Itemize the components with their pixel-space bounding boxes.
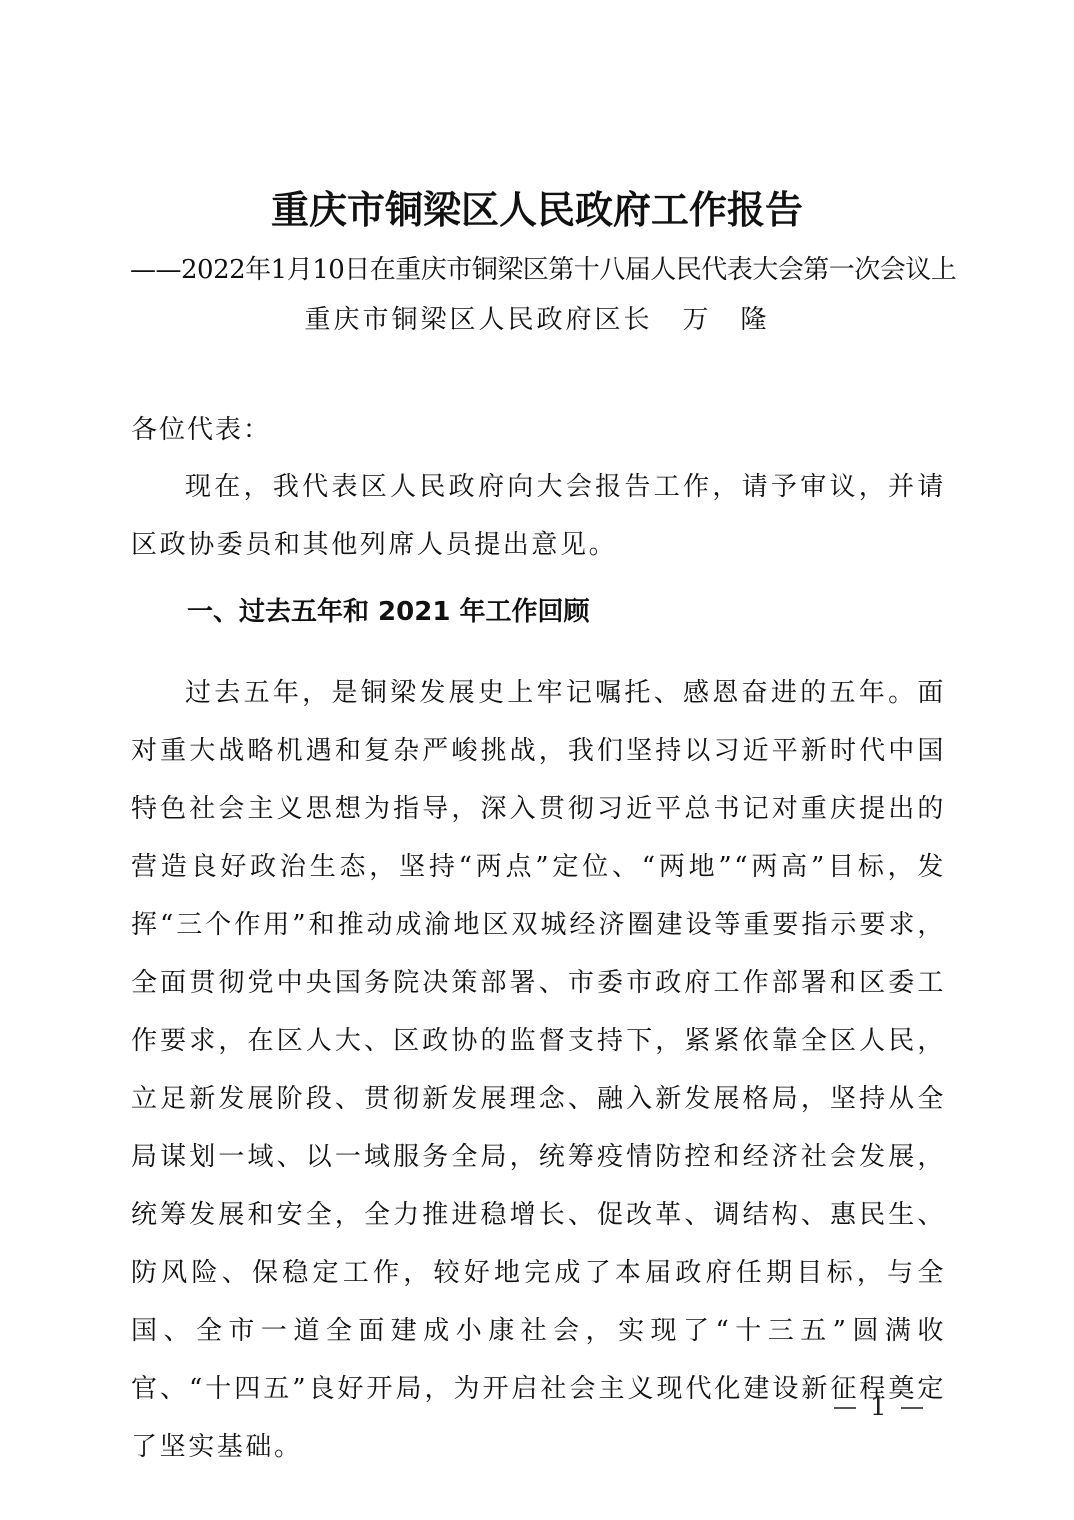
- page-number-value: 1: [870, 1392, 887, 1422]
- author-name: 万 隆: [683, 305, 770, 335]
- body-paragraph: 过去五年，是铜梁发展史上牢记嘱托、感恩奋进的五年。面对重大战略机遇和复杂严峻挑战…: [131, 664, 946, 1476]
- salutation: 各位代表：: [131, 410, 271, 450]
- document-subtitle: ——2022年1月10日在重庆市铜梁区第十八届人民代表大会第一次会议上: [130, 252, 950, 288]
- document-page: 重庆市铜梁区人民政府工作报告 ——2022年1月10日在重庆市铜梁区第十八届人民…: [0, 0, 1074, 1520]
- author-position: 重庆市铜梁区人民政府区长: [304, 305, 652, 335]
- page-number-left-dash: [834, 1407, 856, 1409]
- author-line: 重庆市铜梁区人民政府区长万 隆: [0, 302, 1074, 338]
- page-number: 1: [820, 1392, 937, 1422]
- section-heading: 一、过去五年和 2021 年工作回顾: [187, 592, 589, 632]
- document-title: 重庆市铜梁区人民政府工作报告: [0, 186, 1074, 234]
- intro-paragraph: 现在，我代表区人民政府向大会报告工作，请予审议，并请区政协委员和其他列席人员提出…: [131, 458, 946, 574]
- page-number-right-dash: [901, 1407, 923, 1409]
